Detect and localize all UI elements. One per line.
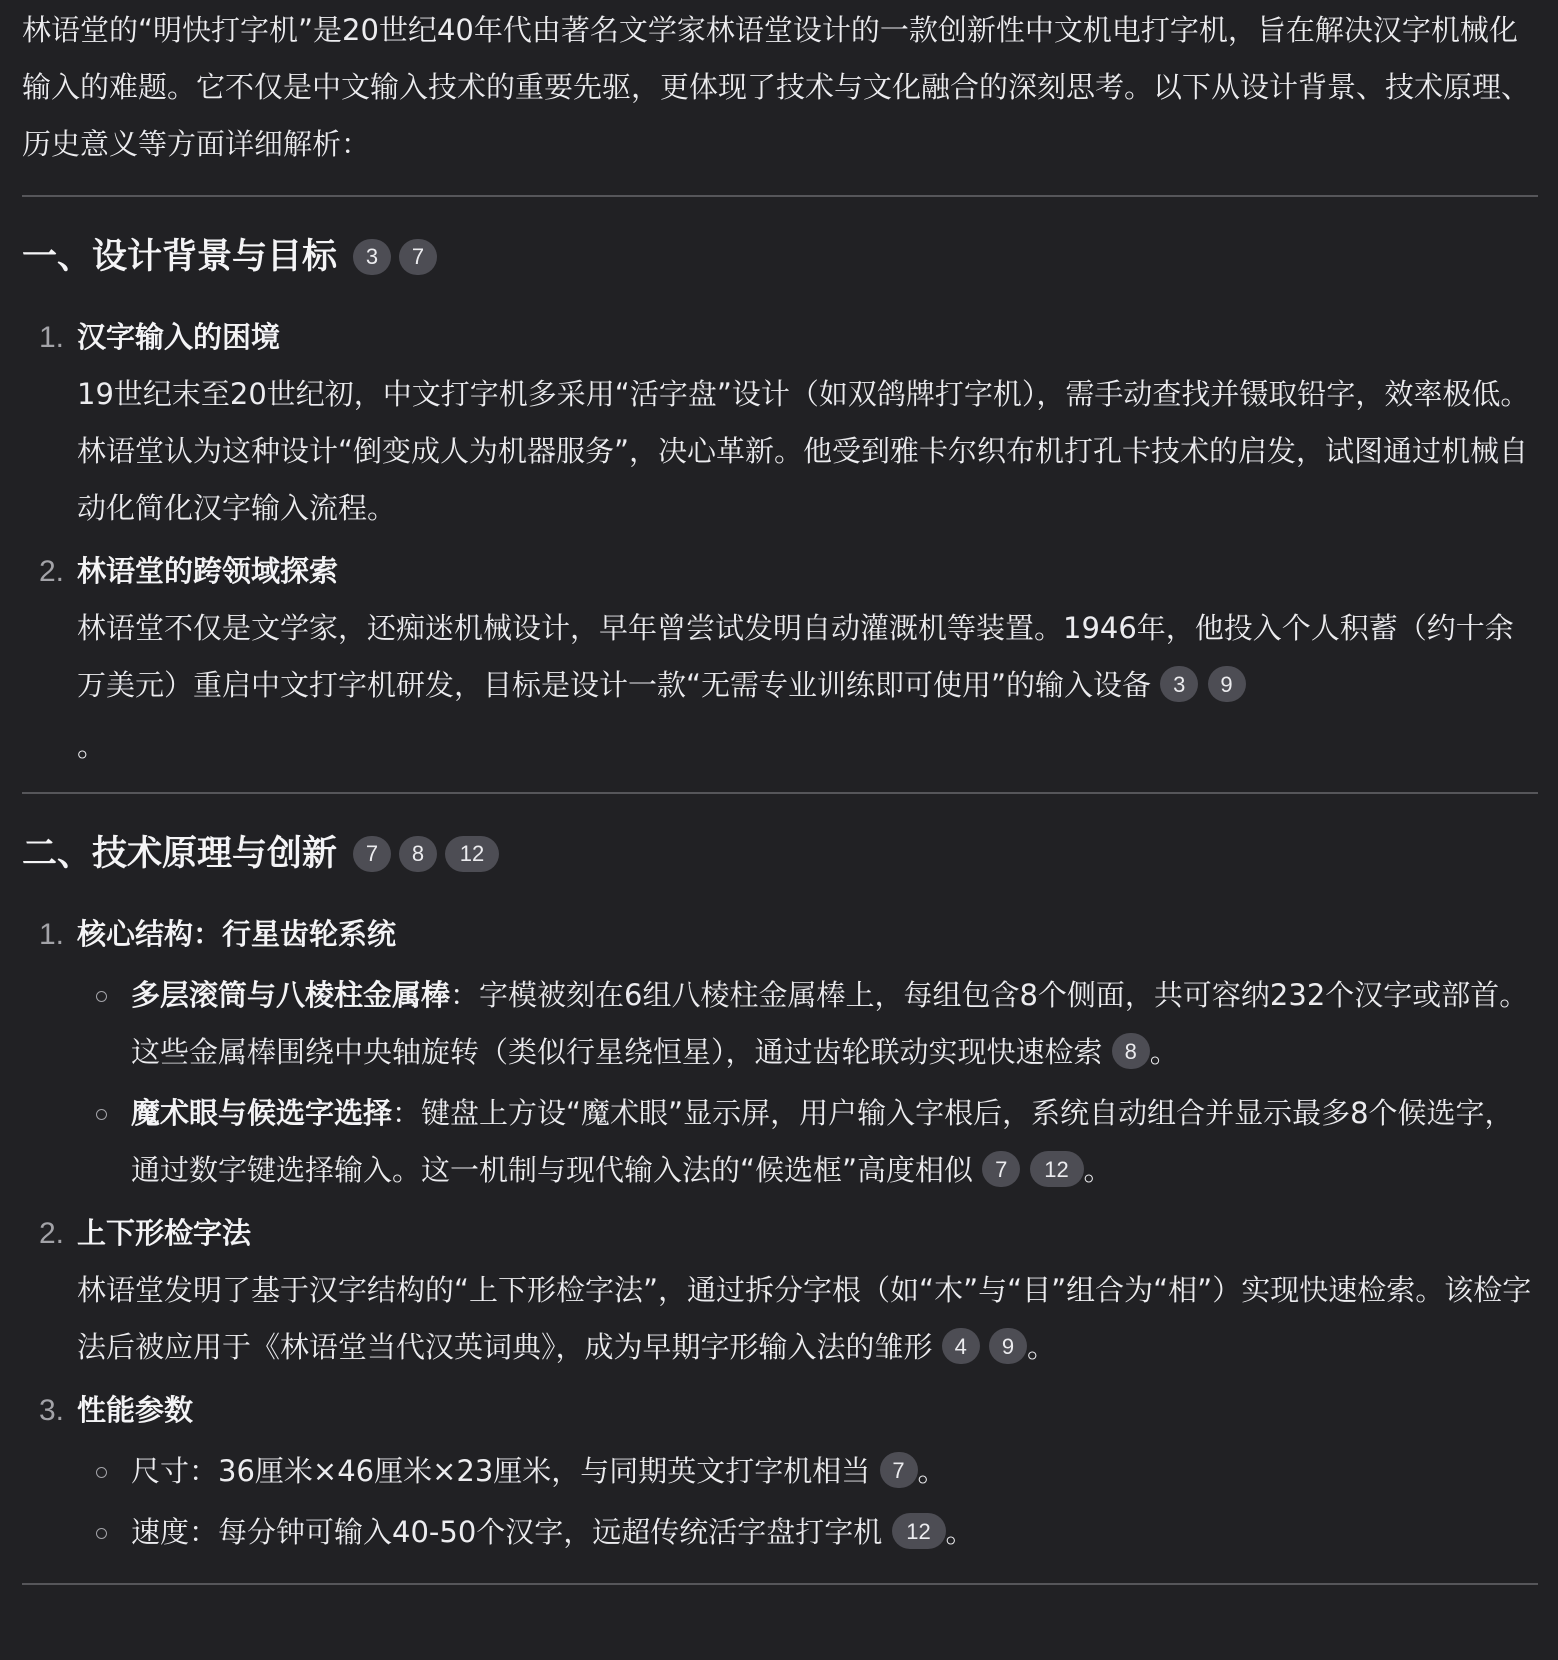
hollow-bullet-icon xyxy=(96,991,107,1002)
citation-badge[interactable]: 7 xyxy=(353,836,391,872)
bullet-label: 多层滚筒与八棱柱金属棒 xyxy=(131,978,450,1012)
bullet-tail: 。 xyxy=(1084,1153,1113,1187)
bullet-tail: 。 xyxy=(946,1515,975,1549)
section-heading: 二、技术原理与创新 7 8 12 xyxy=(22,832,1538,876)
citation-badge[interactable]: 8 xyxy=(1112,1033,1150,1069)
list-item-body: 19世纪末至20世纪初，中文打字机多采用“活字盘”设计（如双鸽牌打字机），需手动… xyxy=(77,366,1538,537)
section-heading: 一、设计背景与目标 3 7 xyxy=(22,235,1538,279)
citation-badge[interactable]: 7 xyxy=(880,1452,918,1488)
bullet-text: 尺寸：36厘米×46厘米×23厘米，与同期英文打字机相当 xyxy=(131,1454,870,1488)
list-item-body: 林语堂发明了基于汉字结构的“上下形检字法”，通过拆分字根（如“木”与“目”组合为… xyxy=(77,1262,1538,1376)
bullet-list: 尺寸：36厘米×46厘米×23厘米，与同期英文打字机相当 7。 速度：每分钟可输… xyxy=(76,1443,1538,1561)
section-title: 一、设计背景与目标 xyxy=(22,235,337,279)
citation-badge[interactable]: 12 xyxy=(445,836,499,872)
bullet-label: 魔术眼与候选字选择 xyxy=(131,1096,392,1130)
list-number: 1. xyxy=(39,309,64,366)
list-item: 2. 上下形检字法 林语堂发明了基于汉字结构的“上下形检字法”，通过拆分字根（如… xyxy=(22,1205,1538,1376)
bullet-item: 速度：每分钟可输入40-50个汉字，远超传统活字盘打字机 12。 xyxy=(76,1504,1538,1561)
bullet-item: 多层滚筒与八棱柱金属棒：字模被刻在6组八棱柱金属棒上，每组包含8个侧面，共可容纳… xyxy=(76,967,1538,1081)
list-item: 1. 核心结构：行星齿轮系统 多层滚筒与八棱柱金属棒：字模被刻在6组八棱柱金属棒… xyxy=(22,906,1538,1199)
hollow-bullet-icon xyxy=(96,1467,107,1478)
article: 林语堂的“明快打字机”是20世纪40年代由著名文学家林语堂设计的一款创新性中文机… xyxy=(0,0,1558,1585)
body-text: 林语堂发明了基于汉字结构的“上下形检字法”，通过拆分字根（如“木”与“目”组合为… xyxy=(77,1273,1531,1364)
list-item: 2. 林语堂的跨领域探索 林语堂不仅是文学家，还痴迷机械设计，早年曾尝试发明自动… xyxy=(22,543,1538,778)
citation-badge[interactable]: 3 xyxy=(353,239,391,275)
citation-badge[interactable]: 12 xyxy=(1030,1151,1084,1187)
numbered-list: 1. 汉字输入的困境 19世纪末至20世纪初，中文打字机多采用“活字盘”设计（如… xyxy=(22,309,1538,778)
divider xyxy=(22,195,1538,197)
citation-badge[interactable]: 9 xyxy=(1208,666,1246,702)
body-tail: 。 xyxy=(1027,1330,1056,1364)
citation-group: 7 8 12 xyxy=(353,836,499,872)
list-item-title: 汉字输入的困境 xyxy=(77,309,1538,366)
body-text: 林语堂不仅是文学家，还痴迷机械设计，早年曾尝试发明自动灌溉机等装置。1946年，… xyxy=(77,611,1514,702)
list-item-title: 上下形检字法 xyxy=(77,1205,1538,1262)
bullet-list: 多层滚筒与八棱柱金属棒：字模被刻在6组八棱柱金属棒上，每组包含8个侧面，共可容纳… xyxy=(76,967,1538,1199)
bullet-item: 尺寸：36厘米×46厘米×23厘米，与同期英文打字机相当 7。 xyxy=(76,1443,1538,1500)
citation-badge[interactable]: 4 xyxy=(942,1328,980,1364)
list-item-body: 林语堂不仅是文学家，还痴迷机械设计，早年曾尝试发明自动灌溉机等装置。1946年，… xyxy=(77,600,1538,778)
list-number: 3. xyxy=(39,1382,64,1439)
intro-paragraph: 林语堂的“明快打字机”是20世纪40年代由著名文学家林语堂设计的一款创新性中文机… xyxy=(22,0,1538,173)
bullet-tail: 。 xyxy=(1150,1035,1179,1069)
list-number: 2. xyxy=(39,1205,64,1262)
hollow-bullet-icon xyxy=(96,1528,107,1539)
citation-badge[interactable]: 7 xyxy=(982,1151,1020,1187)
list-item-title: 性能参数 xyxy=(77,1382,1538,1439)
bullet-text: 速度：每分钟可输入40-50个汉字，远超传统活字盘打字机 xyxy=(131,1515,882,1549)
citation-badge[interactable]: 9 xyxy=(989,1328,1027,1364)
list-item-title: 核心结构：行星齿轮系统 xyxy=(77,906,1538,963)
citation-badge[interactable]: 8 xyxy=(399,836,437,872)
citation-badge[interactable]: 12 xyxy=(892,1513,946,1549)
citation-group: 3 7 xyxy=(353,239,437,275)
bullet-item: 魔术眼与候选字选择：键盘上方设“魔术眼”显示屏，用户输入字根后，系统自动组合并显… xyxy=(76,1085,1538,1199)
list-number: 2. xyxy=(39,543,64,600)
citation-badge[interactable]: 3 xyxy=(1160,666,1198,702)
divider xyxy=(22,792,1538,794)
citation-badge[interactable]: 7 xyxy=(399,239,437,275)
bullet-tail: 。 xyxy=(918,1454,947,1488)
section-technical-principles: 二、技术原理与创新 7 8 12 1. 核心结构：行星齿轮系统 多层滚筒与八棱柱… xyxy=(22,832,1538,1561)
list-item-title: 林语堂的跨领域探索 xyxy=(77,543,1538,600)
section-design-background: 一、设计背景与目标 3 7 1. 汉字输入的困境 19世纪末至20世纪初，中文打… xyxy=(22,235,1538,778)
numbered-list: 1. 核心结构：行星齿轮系统 多层滚筒与八棱柱金属棒：字模被刻在6组八棱柱金属棒… xyxy=(22,906,1538,1561)
list-number: 1. xyxy=(39,906,64,963)
section-title: 二、技术原理与创新 xyxy=(22,832,337,876)
hollow-bullet-icon xyxy=(96,1109,107,1120)
body-tail: 。 xyxy=(77,714,1538,778)
list-item: 1. 汉字输入的困境 19世纪末至20世纪初，中文打字机多采用“活字盘”设计（如… xyxy=(22,309,1538,537)
list-item: 3. 性能参数 尺寸：36厘米×46厘米×23厘米，与同期英文打字机相当 7。 … xyxy=(22,1382,1538,1561)
divider xyxy=(22,1583,1538,1585)
